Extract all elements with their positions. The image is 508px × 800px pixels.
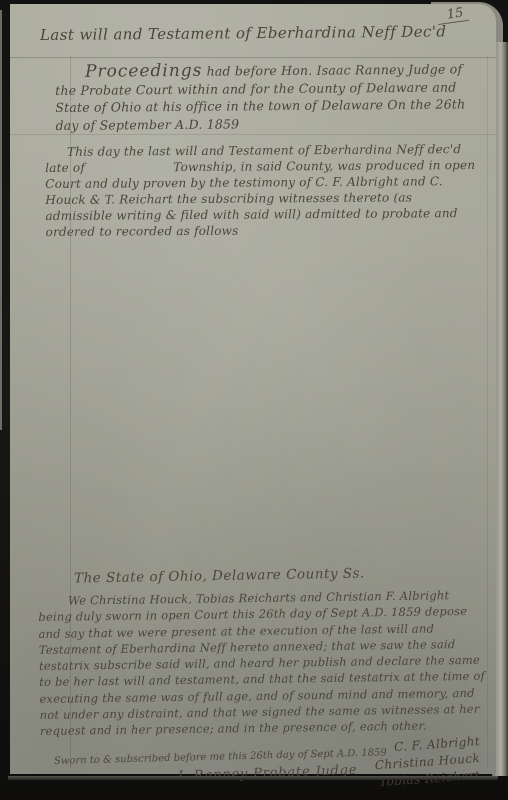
ledger-page: 15 Last will and Testament of Eberhardin… bbox=[10, 4, 496, 774]
scanned-book-photo: 15 Last will and Testament of Eberhardin… bbox=[0, 0, 508, 800]
left-page-edge-highlight bbox=[0, 10, 2, 430]
ruled-line-under-heading bbox=[10, 134, 496, 135]
probate-entry-paragraph: This day the last will and Testament of … bbox=[45, 141, 483, 240]
venue-line: The State of Ohio, Delaware County Ss. bbox=[74, 565, 365, 586]
right-margin-rule bbox=[487, 56, 488, 768]
page-bottom-fold bbox=[8, 776, 498, 780]
affidavit-paragraph: We Christina Houck, Tobias Reicharts and… bbox=[38, 587, 486, 740]
ruled-line-under-title bbox=[10, 57, 496, 58]
proceedings-lead-word: Proceedings bbox=[85, 61, 202, 82]
document-title: Last will and Testament of Eberhardina N… bbox=[40, 22, 472, 44]
proceedings-paragraph: Proceedings had before Hon. Isaac Ranney… bbox=[55, 60, 480, 134]
